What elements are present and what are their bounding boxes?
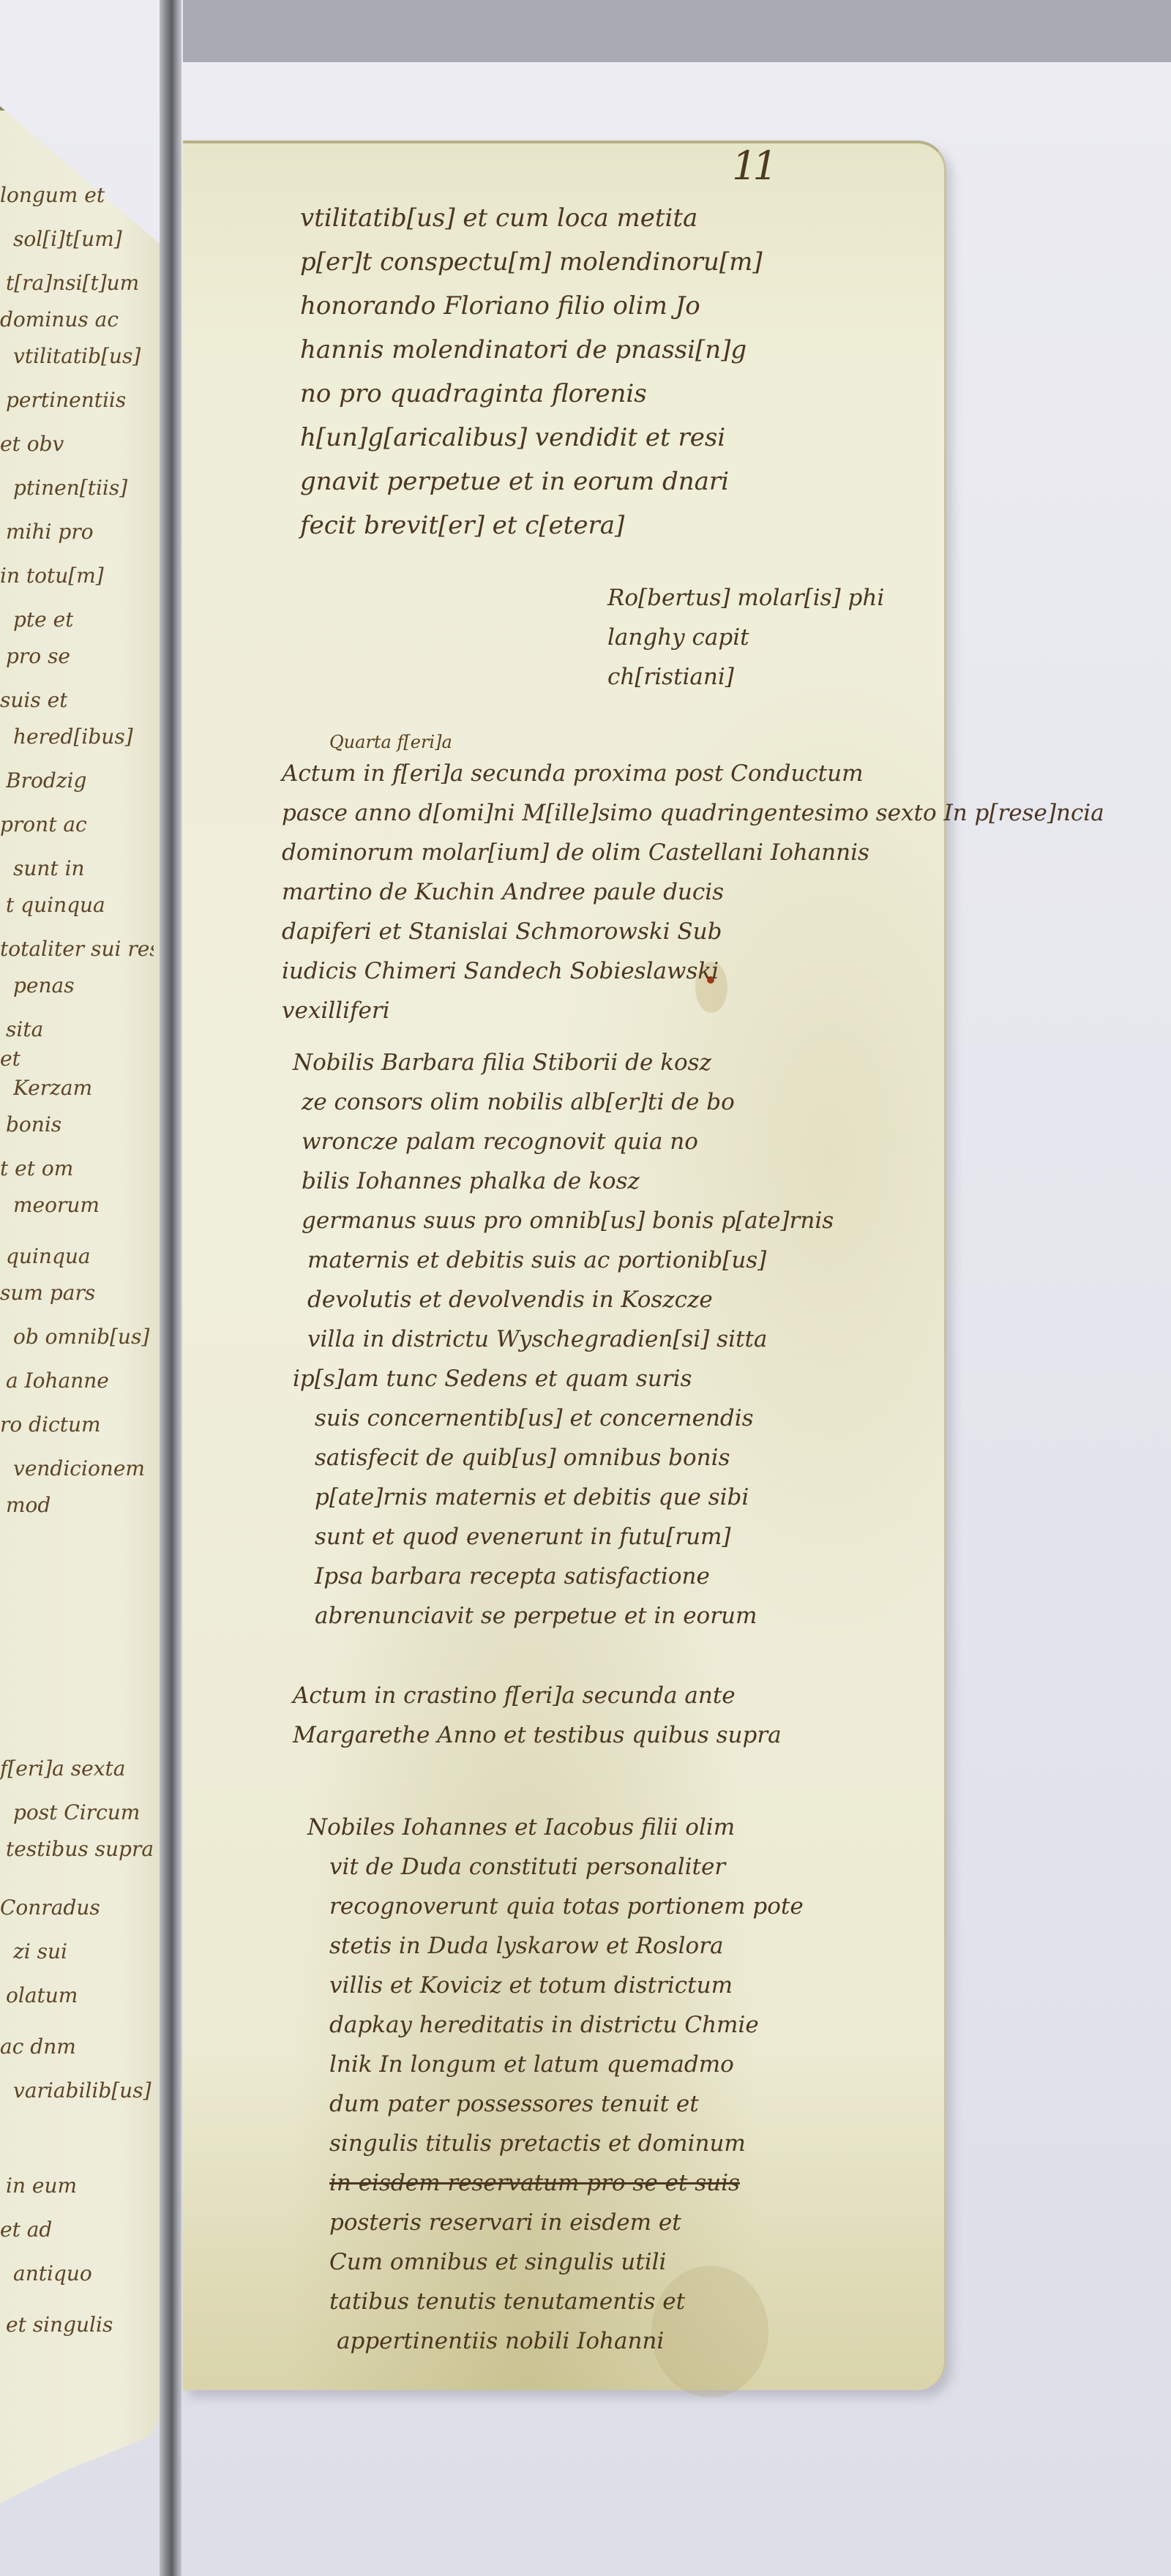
left-page-fragment: t quinqua xyxy=(6,885,105,924)
left-page-fragment: et singulis xyxy=(6,2305,113,2344)
left-page-fragment: mod xyxy=(6,1486,50,1524)
left-page-fragment: sunt in xyxy=(13,849,85,888)
left-page-fragment: ac dnm xyxy=(0,2027,76,2066)
text-line: devolutis et devolvendis in Koszcze xyxy=(293,1280,834,1319)
text-line: vexilliferi xyxy=(282,991,1104,1030)
text-line: Nobilis Barbara filia Stiborii de kosz xyxy=(293,1043,834,1082)
text-line: dominorum molar[ium] de olim Castellani … xyxy=(282,833,1104,872)
text-line: Cum omnibus et singulis utili xyxy=(307,2242,804,2282)
text-line: dum pater possessores tenuit et xyxy=(307,2084,804,2124)
text-line: ze consors olim nobilis alb[er]ti de bo xyxy=(293,1082,834,1122)
left-page-fragment: antiquo xyxy=(13,2254,92,2293)
text-line: abrenunciavit se perpetue et in eorum xyxy=(293,1596,834,1636)
left-page-fragment: Conradus xyxy=(0,1888,100,1927)
text-line-struck: in eisdem reservatum pro se et suis xyxy=(307,2163,804,2203)
left-page-fragment: Kerzam xyxy=(13,1068,92,1107)
left-page-fragment: t et om xyxy=(0,1149,73,1188)
text-line: gnavit perpetue et in eorum dnari xyxy=(300,460,763,503)
left-page-fragment: et ad xyxy=(0,2210,52,2249)
text-line: posteris reservari in eisdem et xyxy=(307,2203,804,2242)
left-page-fragment: pertinentiis xyxy=(6,381,126,419)
text-line: p[er]t conspectu[m] molendinoru[m] xyxy=(300,240,763,284)
left-page-fragment: meorum xyxy=(13,1186,100,1224)
text-line: villa in districtu Wyschegradien[si] sit… xyxy=(293,1319,834,1359)
left-page-fragment: f[eri]a sexta xyxy=(0,1749,125,1788)
left-page-fragment: hered[ibus] xyxy=(13,717,133,756)
text-line: no pro quadraginta florenis xyxy=(300,372,763,416)
text-line: vtilitatib[us] et cum loca metita xyxy=(300,196,763,240)
text-line: wroncze palam recognovit quia no xyxy=(293,1122,834,1161)
left-page-fragment: olatum xyxy=(6,1976,78,2015)
text-line: Margarethe Anno et testibus quibus supra xyxy=(293,1715,782,1755)
left-page-fragment: pte et xyxy=(13,600,73,639)
text-line: ip[s]am tunc Sedens et quam suris xyxy=(293,1359,834,1399)
text-line: martino de Kuchin Andree paule ducis xyxy=(282,872,1104,912)
signature-line: Ro[bertus] molar[is] phi xyxy=(607,578,884,618)
text-line: iudicis Chimeri Sandech Sobieslawski xyxy=(282,951,1104,991)
left-page-fragment: totaliter sui resig xyxy=(0,929,154,968)
text-line: honorando Floriano filio olim Jo xyxy=(300,284,763,328)
entry-5: Nobiles Iohannes et Iacobus filii olim v… xyxy=(307,1808,804,2361)
left-page-fragment: sol[i]t[um] xyxy=(13,220,122,258)
text-line: recognoverunt quia totas portionem pote xyxy=(307,1887,804,1926)
left-page-fragment: zi sui xyxy=(13,1932,67,1971)
left-page-fragment: bonis xyxy=(6,1105,61,1144)
left-page-fragment: a Iohanne xyxy=(6,1361,109,1400)
text-line: dapkay hereditatis in districtu Chmie xyxy=(307,2005,804,2045)
notary-signature: Ro[bertus] molar[is] phi langhy capit ch… xyxy=(607,578,884,697)
text-line: dapiferi et Stanislai Schmorowski Sub xyxy=(282,912,1104,951)
signature-line: ch[ristiani] xyxy=(607,657,884,697)
top-shadow-band xyxy=(183,0,1171,62)
text-line: germanus suus pro omnib[us] bonis p[ate]… xyxy=(293,1201,834,1240)
text-line: fecit brevit[er] et c[etera] xyxy=(300,503,763,547)
text-line: Actum in crastino f[eri]a secunda ante xyxy=(293,1676,782,1715)
left-page-fragment: suis et xyxy=(0,681,67,719)
left-page-fragment: vtilitatib[us] xyxy=(13,337,141,375)
text-line: suis concernentib[us] et concernendis xyxy=(293,1399,834,1438)
entry-2-heading-note: Quarta f[eri]a xyxy=(329,732,452,752)
entry-3: Nobilis Barbara filia Stiborii de kosz z… xyxy=(293,1043,834,1636)
left-page-fragment: variabilib[us] xyxy=(13,2071,151,2110)
left-page-fragment: pro se xyxy=(6,637,70,675)
left-page-fragment: ob omnib[us] xyxy=(13,1317,149,1356)
left-page-fragment: et obv xyxy=(0,424,64,463)
text-line: maternis et debitis suis ac portionib[us… xyxy=(293,1240,834,1280)
text-line: tatibus tenutis tenutamentis et xyxy=(307,2282,804,2321)
text-line: stetis in Duda lyskarow et Roslora xyxy=(307,1926,804,1966)
left-page-fragment: in eum xyxy=(6,2166,77,2205)
text-line: vit de Duda constituti personaliter xyxy=(307,1847,804,1887)
text-line: Actum in f[eri]a secunda proxima post Co… xyxy=(282,754,1104,793)
left-page-fragment: pront ac xyxy=(0,805,87,844)
text-line: p[ate]rnis maternis et debitis que sibi xyxy=(293,1478,834,1517)
left-page-fragment: longum et xyxy=(0,176,105,214)
text-line: Nobiles Iohannes et Iacobus filii olim xyxy=(307,1808,804,1847)
left-page-fragment: dominus ac xyxy=(0,300,119,339)
text-line: bilis Iohannes phalka de kosz xyxy=(293,1161,834,1201)
signature-line: langhy capit xyxy=(607,618,884,657)
left-page-fragment: penas xyxy=(13,966,75,1005)
binding-gutter xyxy=(160,0,182,2576)
text-line: lnik In longum et latum quemadmo xyxy=(307,2045,804,2084)
left-page-fragment: mihi pro xyxy=(6,512,94,551)
left-page-fragment: ptinen[tiis] xyxy=(13,468,127,507)
entry-1: vtilitatib[us] et cum loca metita p[er]t… xyxy=(300,196,763,547)
left-page-fragment: vendicionem xyxy=(13,1449,145,1488)
left-page-fragment: quinqua xyxy=(6,1237,91,1276)
left-page-fragment: testibus supra xyxy=(6,1830,154,1868)
text-line: satisfecit de quib[us] omnibus bonis xyxy=(293,1438,834,1478)
left-page-fragment: Brodzig xyxy=(6,761,86,800)
left-page-fragment: post Circum xyxy=(13,1793,140,1832)
left-page-fragment: sum pars xyxy=(0,1273,95,1312)
text-line: h[un]g[aricalibus] vendidit et resi xyxy=(300,416,763,460)
text-line: sunt et quod evenerunt in futu[rum] xyxy=(293,1517,834,1557)
text-line: pasce anno d[omi]ni M[ille]simo quadring… xyxy=(282,793,1104,833)
text-line: villis et Koviciz et totum districtum xyxy=(307,1966,804,2005)
left-page-fragment: ro dictum xyxy=(0,1405,101,1444)
left-page-fragment: in totu[m] xyxy=(0,556,104,595)
folio-number: 11 xyxy=(732,143,774,189)
text-line: Ipsa barbara recepta satisfactione xyxy=(293,1557,834,1596)
entry-4: Actum in crastino f[eri]a secunda ante M… xyxy=(293,1676,782,1755)
text-line: singulis titulis pretactis et dominum xyxy=(307,2124,804,2163)
entry-2: Actum in f[eri]a secunda proxima post Co… xyxy=(282,754,1104,1030)
left-page-fragment: t[ra]nsi[t]um xyxy=(6,263,139,302)
text-line: hannis molendinatori de pnassi[n]g xyxy=(300,328,763,372)
text-line: appertinentiis nobili Iohanni xyxy=(307,2321,804,2361)
